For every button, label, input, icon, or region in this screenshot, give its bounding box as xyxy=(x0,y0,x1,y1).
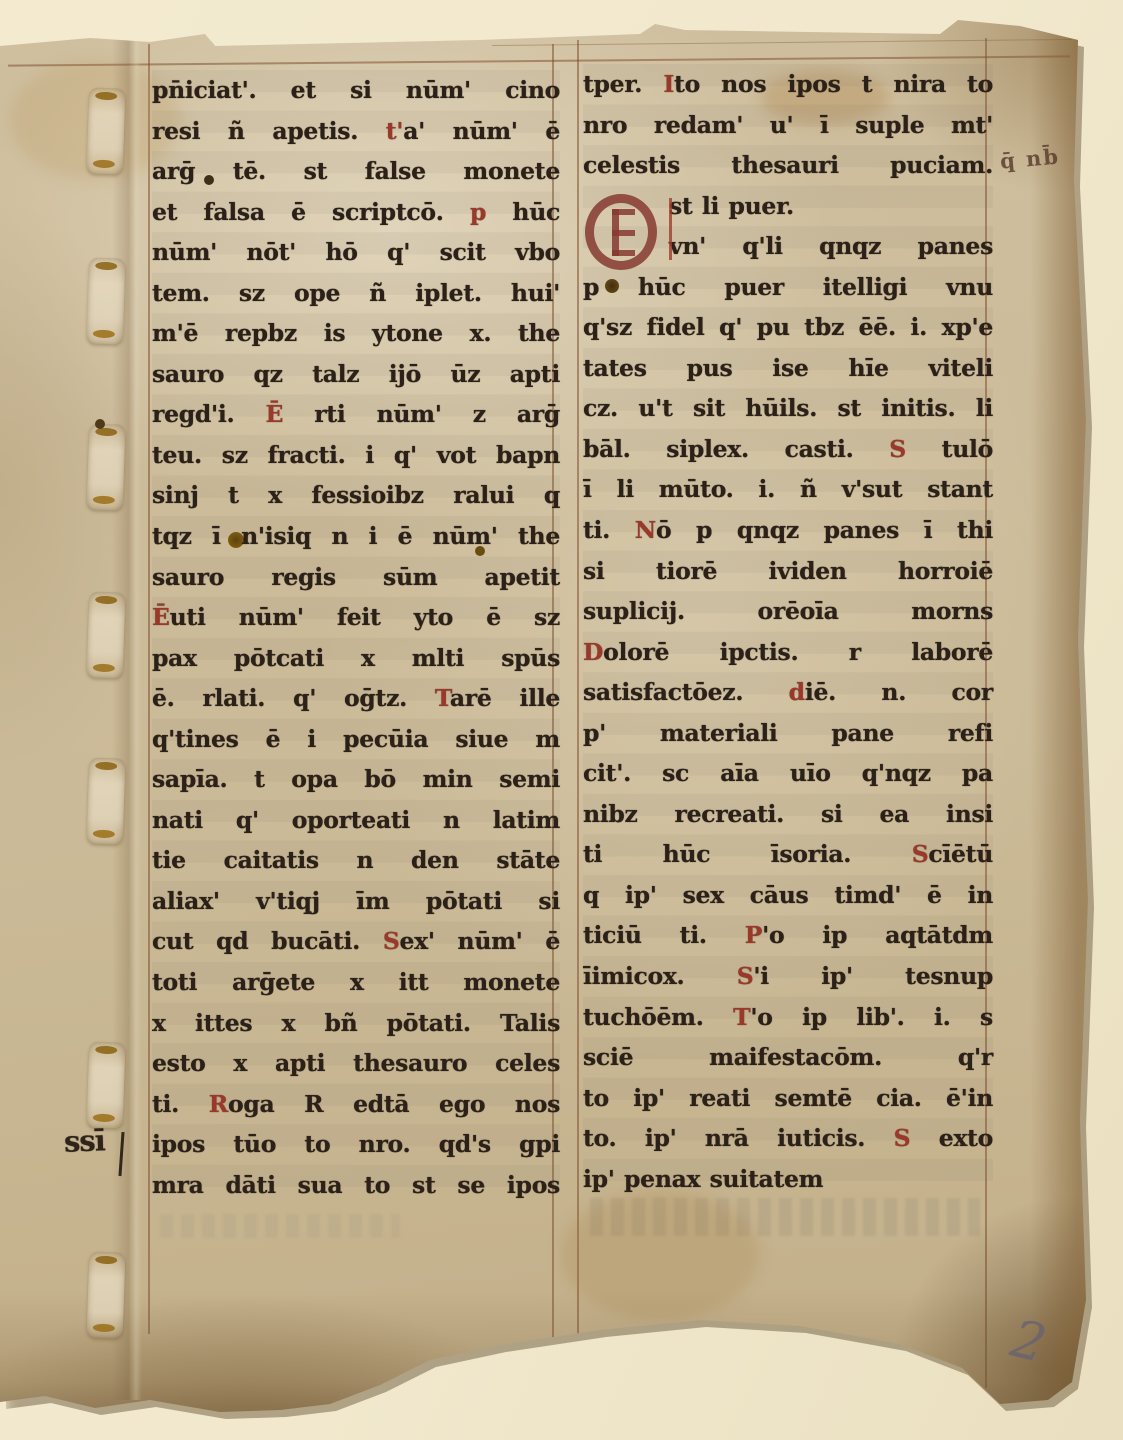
sewing-repair xyxy=(87,1251,126,1338)
text-line: si tiorē ividen horroiē xyxy=(583,551,993,592)
text-line: tper. Ito nos ipos t nira to xyxy=(583,64,993,105)
text-line: pax pōtcati x mlti spūs xyxy=(152,638,560,679)
manuscript-leaf: pn̄iciat'. et si nūm' cinoresi ñ apetis.… xyxy=(0,0,1123,1440)
text-line: nibz recreati. si ea insi xyxy=(583,794,993,835)
text-line: suplicij. orēoīa morns xyxy=(583,591,993,632)
rubricated-letter: d xyxy=(789,678,805,706)
sewing-repair xyxy=(87,87,126,174)
text-line: tates pus ise hīe viteli xyxy=(583,348,993,389)
text-line: sapīa. t opa bō min semi xyxy=(152,759,560,800)
rubricated-letter: T xyxy=(435,684,450,712)
text-line: ti hūc īsoria. Scīētū xyxy=(583,834,993,875)
text-line: p hūc puer itelligi vnu xyxy=(583,267,993,308)
stitch-hole xyxy=(93,330,115,339)
stitch-hole xyxy=(95,596,117,605)
text-line: cit'. sc aīa uīo q'nqz pa xyxy=(583,753,993,794)
text-line: ip' penax suitatem xyxy=(583,1159,993,1200)
text-line: q'tines ē i pecūia siue m xyxy=(152,719,560,760)
rubricated-letter: p xyxy=(470,198,486,226)
rubricated-letter: Ē xyxy=(266,400,284,428)
ruling-line-vertical-mid2 xyxy=(577,40,579,1380)
text-line: ti. Nō p qnqz panes ī thi xyxy=(583,510,993,551)
stitch-hole xyxy=(93,1114,115,1123)
rubricated-letter: P xyxy=(745,921,762,949)
text-line: nūm' nōt' hō q' scit vbo xyxy=(152,232,560,273)
text-line: tuchōēm. T'o ip lib'. i. s xyxy=(583,997,993,1038)
initial-bar xyxy=(612,209,635,215)
stitch-hole xyxy=(95,92,117,101)
stitch-hole xyxy=(93,496,115,505)
stitch-hole xyxy=(93,160,115,169)
stitch-hole xyxy=(93,1324,115,1333)
text-line: ticiū ti. P'o ip aqtātdm xyxy=(583,915,993,956)
stitch-hole xyxy=(95,1046,117,1055)
text-line: ipos tūo to nro. qd's gpi xyxy=(152,1124,560,1165)
text-line: tem. sz ope ñ iplet. hui' xyxy=(152,273,560,314)
text-line: to. ip' nrā iuticis. S exto xyxy=(583,1118,993,1159)
marginal-note-right: q̄ nb̄ xyxy=(999,143,1061,173)
text-line: sciē maifestacōm. q'r xyxy=(583,1037,993,1078)
text-line: to ip' reati semtē cia. ē'in xyxy=(583,1078,993,1119)
stitch-hole xyxy=(95,262,117,271)
text-line: x ittes x bñ pōtati. Talis xyxy=(152,1003,560,1044)
text-line: esto x apti thesauro celes xyxy=(152,1043,560,1084)
show-through-text xyxy=(160,1214,400,1238)
marginal-note-left: ssī xyxy=(63,1123,105,1158)
text-line: Dolorē ipctis. r laborē xyxy=(583,632,993,673)
text-line: tie caitatis n den stāte xyxy=(152,840,560,881)
folio-number: 2 xyxy=(1005,1309,1052,1375)
rubricated-letter: Ē xyxy=(152,603,170,631)
sewing-repair xyxy=(87,757,126,844)
text-line: resi ñ apetis. t'a' nūm' ē xyxy=(152,111,560,152)
text-line: tqz ī n'isiq n i ē nūm' the xyxy=(152,516,560,557)
rubricated-letter: R xyxy=(209,1090,228,1118)
stitch-hole xyxy=(95,1256,117,1265)
text-line: bāl. siplex. casti. S tulō xyxy=(583,429,993,470)
text-line: q ip' sex cāus timd' ē in xyxy=(583,875,993,916)
rubricated-letter: I xyxy=(663,70,674,98)
text-line: pn̄iciat'. et si nūm' cino xyxy=(152,70,560,111)
text-line: sauro regis sūm apetit xyxy=(152,557,560,598)
rubricated-letter: D xyxy=(583,638,603,666)
text-line: teu. sz fracti. i q' vot bapn xyxy=(152,435,560,476)
stitch-hole xyxy=(93,664,115,673)
sewing-repair xyxy=(87,423,126,510)
text-line: ī li mūto. i. ñ v'sut stant xyxy=(583,469,993,510)
text-line: ti. Roga R edtā ego nos xyxy=(152,1084,560,1125)
text-line: cut qd bucāti. Sex' nūm' ē xyxy=(152,921,560,962)
text-line: et falsa ē scriptcō. p hūc xyxy=(152,192,560,233)
stitch-hole xyxy=(95,762,117,771)
text-line: cz. u't sit hūils. st initis. li xyxy=(583,388,993,429)
text-line: p' materiali pane refi xyxy=(583,713,993,754)
ruling-line-vertical-left xyxy=(148,44,150,1334)
rubric-paraph-stroke xyxy=(669,198,672,260)
rubricated-initial-E: E xyxy=(585,194,657,270)
wormhole xyxy=(95,419,105,429)
rubricated-letter: t' xyxy=(386,117,403,145)
rubricated-letter: T xyxy=(733,1003,750,1031)
show-through-text xyxy=(590,1198,980,1236)
text-line: īimicox. S'i ip' tesnup xyxy=(583,956,993,997)
text-line: satisfactōez. diē. n. cor xyxy=(583,672,993,713)
text-line: celestis thesauri puciam. xyxy=(583,145,993,186)
rubricated-letter: S xyxy=(894,1124,911,1152)
rubricated-letter: S xyxy=(889,435,906,463)
spine-fold-crease xyxy=(112,0,142,1400)
text-line: aliax' v'tiqj īm pōtati si xyxy=(152,881,560,922)
text-line: sauro qz talz ijō ūz apti xyxy=(152,354,560,395)
text-line: sinj t x fessioibz ralui q xyxy=(152,475,560,516)
text-line: mra dāti sua to st se ipos xyxy=(152,1165,560,1206)
text-line: Ēuti nūm' feit yto ē sz xyxy=(152,597,560,638)
sewing-repair xyxy=(87,591,126,678)
sewing-repair xyxy=(87,1041,126,1128)
rubricated-letter: S xyxy=(383,927,400,955)
text-line: ē. rlati. q' oḡtz. Tarē ille xyxy=(152,678,560,719)
rubricated-letter: S xyxy=(737,962,754,990)
photo-background: pn̄iciat'. et si nūm' cinoresi ñ apetis.… xyxy=(0,0,1123,1440)
rubricated-letter: S xyxy=(912,840,929,868)
text-line: arḡ tē. st false monete xyxy=(152,151,560,192)
text-column-left: pn̄iciat'. et si nūm' cinoresi ñ apetis.… xyxy=(152,70,560,1205)
sewing-repair xyxy=(87,257,126,344)
text-line: nati q' oporteati n latim xyxy=(152,800,560,841)
rubricated-letter: N xyxy=(635,516,656,544)
text-line: nro redam' u' ī suple mt' xyxy=(583,105,993,146)
text-line: regd'i. Ē rti nūm' z arḡ xyxy=(152,394,560,435)
text-line: toti arḡete x itt monete xyxy=(152,962,560,1003)
stitch-hole xyxy=(93,830,115,839)
text-line: m'ē repbz is ytone x. the xyxy=(152,313,560,354)
initial-bar xyxy=(612,250,635,256)
initial-bar xyxy=(612,230,635,236)
text-line: q'sz fidel q' pu tbz ēē. i. xp'e xyxy=(583,307,993,348)
